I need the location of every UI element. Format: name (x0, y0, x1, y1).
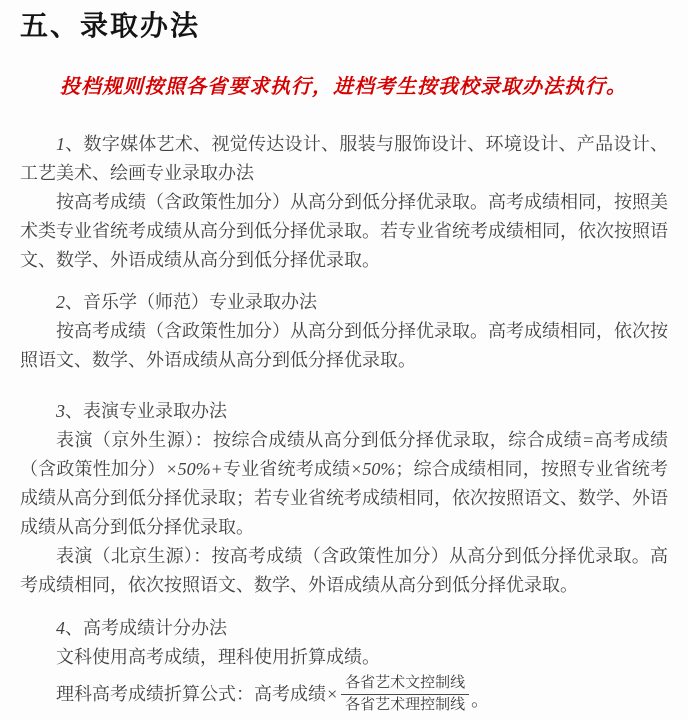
section-1: 1、数字媒体艺术、视觉传达设计、服装与服饰设计、环境设计、产品设计、工艺美术、绘… (20, 130, 668, 275)
section-3-paragraph-2: 表演（北京生源）：按高考成绩（含政策性加分）从高分到低分择优录取。高考成绩相同，… (20, 542, 668, 600)
fraction-denominator: 各省艺术理控制线 (341, 695, 469, 715)
formula-fraction: 各省艺术文控制线 各省艺术理控制线 (341, 674, 469, 715)
section-2-heading: 2、音乐学（师范）专业录取办法 (20, 288, 668, 317)
section-3-paragraph-1: 表演（京外生源）：按综合成绩从高分到低分择优录取，综合成绩=高考成绩（含政策性加… (20, 426, 668, 542)
formula-prefix: 理科高考成绩折算公式：高考成绩× (56, 680, 338, 709)
page-title: 五、录取办法 (20, 8, 668, 44)
notice-text: 投档规则按照各省要求执行，进档考生按我校录取办法执行。 (20, 74, 668, 100)
section-4-heading: 4、高考成绩计分办法 (20, 614, 668, 643)
section-4: 4、高考成绩计分办法 文科使用高考成绩，理科使用折算成绩。 理科高考成绩折算公式… (20, 614, 668, 715)
section-4-paragraph: 文科使用高考成绩，理科使用折算成绩。 (20, 643, 668, 672)
section-3-heading: 3、表演专业录取办法 (20, 397, 668, 426)
section-1-heading: 1、数字媒体艺术、视觉传达设计、服装与服饰设计、环境设计、产品设计、工艺美术、绘… (20, 130, 668, 188)
section-3: 3、表演专业录取办法 表演（京外生源）：按综合成绩从高分到低分择优录取，综合成绩… (20, 397, 668, 600)
formula: 理科高考成绩折算公式：高考成绩× 各省艺术文控制线 各省艺术理控制线 。 (20, 674, 668, 715)
section-1-paragraph: 按高考成绩（含政策性加分）从高分到低分择优录取。高考成绩相同，按照美术类专业省统… (20, 188, 668, 275)
formula-period: 。 (471, 686, 489, 715)
section-2: 2、音乐学（师范）专业录取办法 按高考成绩（含政策性加分）从高分到低分择优录取。… (20, 288, 668, 375)
fraction-numerator: 各省艺术文控制线 (341, 674, 469, 695)
section-2-paragraph: 按高考成绩（含政策性加分）从高分到低分择优录取。高考成绩相同，依次按照语文、数学… (20, 317, 668, 375)
document-page: 五、录取办法 投档规则按照各省要求执行，进档考生按我校录取办法执行。 1、数字媒… (0, 0, 688, 720)
